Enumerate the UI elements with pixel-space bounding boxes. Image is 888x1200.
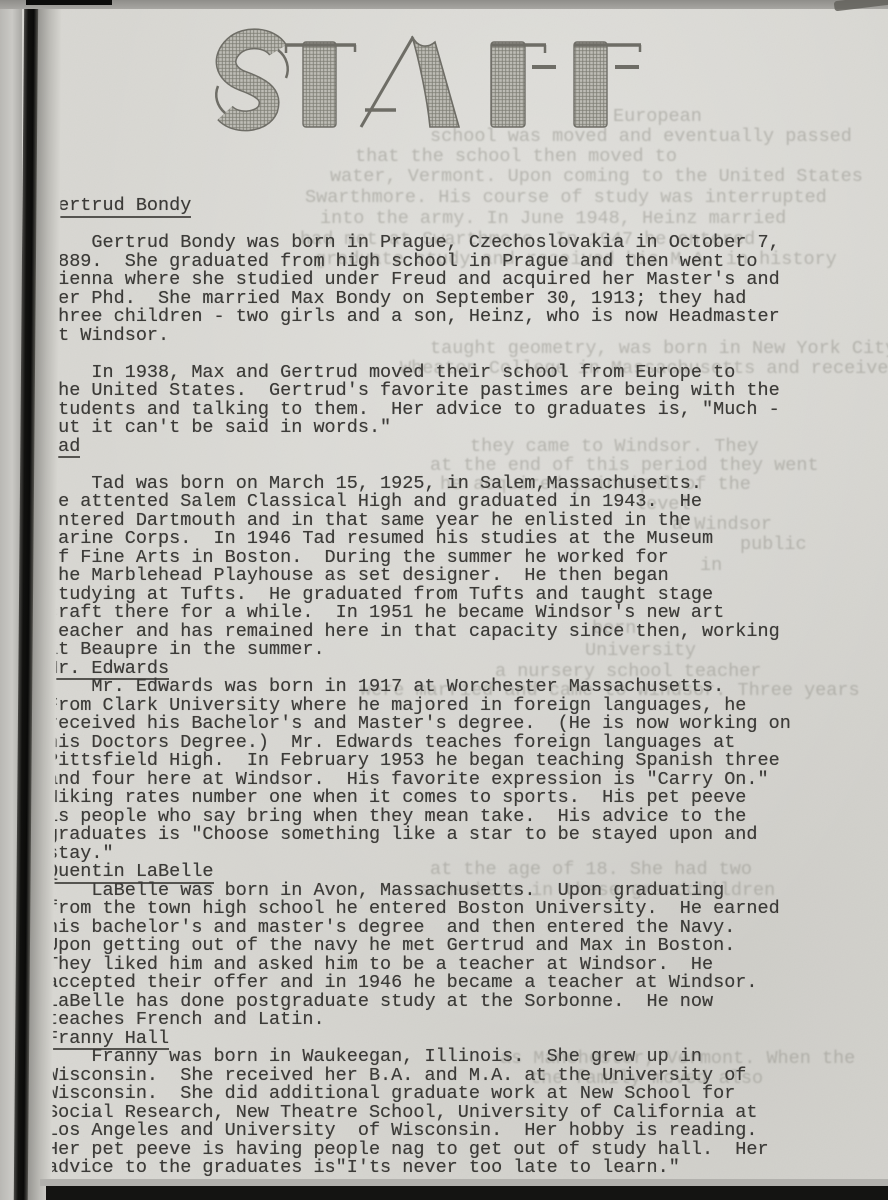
- heading-text: Gertrud Bondy: [47, 197, 191, 218]
- letter-f1: [491, 42, 556, 127]
- section-heading: Quentin LaBelle: [47, 863, 857, 882]
- scanned-yearbook-page: Europeanschool was moved and eventually …: [0, 0, 888, 1200]
- text-line: from the town high school he entered Bos…: [47, 900, 857, 919]
- letter-t: [285, 42, 356, 127]
- text-line: but it can't be said in words.": [47, 419, 857, 438]
- text-line: Wisconsin. She did additional graduate w…: [47, 1085, 857, 1104]
- section-heading: Tad: [47, 438, 857, 457]
- scan-top-edge: [0, 0, 888, 9]
- letter-s: [216, 39, 288, 121]
- text-line: the United States. Gertrud's favorite pa…: [47, 382, 857, 401]
- text-line: Upon getting out of the navy he met Gert…: [47, 937, 857, 956]
- text-line: Hiking rates number one when it comes to…: [47, 789, 857, 808]
- text-line: received his Bachelor's and Master's deg…: [47, 715, 857, 734]
- text-line: craft there for a while. In 1951 he beca…: [47, 604, 857, 623]
- text-line: at Beaupre in the summer.: [47, 641, 857, 660]
- text-line: advice to the graduates is"I'ts never to…: [47, 1159, 857, 1178]
- blank-line: [47, 345, 857, 364]
- text-line: graduates is "Choose something like a st…: [47, 826, 857, 845]
- text-line: Los Angeles and University of Wisconsin.…: [47, 1122, 857, 1141]
- typewritten-text: Gertrud Bondy Gertrud Bondy was born in …: [47, 197, 857, 1178]
- section-heading: Gertrud Bondy: [47, 197, 857, 216]
- text-line: Gertrud Bondy was born in Prague, Czecho…: [47, 234, 857, 253]
- text-line: the Marblehead Playhouse as set designer…: [47, 567, 857, 586]
- text-line: Mr. Edwards was born in 1917 at Worchest…: [47, 678, 857, 697]
- scan-top-dark-mark: [26, 0, 112, 5]
- staff-banner-art: [0, 0, 888, 160]
- text-line: Marine Corps. In 1946 Tad resumed his st…: [47, 530, 857, 549]
- text-line: at Windsor.: [47, 327, 857, 346]
- letter-a: [361, 36, 459, 127]
- text-line: Vienna where she studied under Freud and…: [47, 271, 857, 290]
- text-line: He attented Salem Classical High and gra…: [47, 493, 857, 512]
- text-line: accepted their offer and in 1946 he beca…: [47, 974, 857, 993]
- text-line: teaches French and Latin.: [47, 1011, 857, 1030]
- scan-bottom-edge: [46, 1186, 888, 1200]
- text-line: three children - two girls and a son, He…: [47, 308, 857, 327]
- text-line: Pittsfield High. In February 1953 he beg…: [47, 752, 857, 771]
- text-line: Franny was born in Waukeegan, Illinois. …: [47, 1048, 857, 1067]
- letter-f2: [574, 42, 641, 127]
- blank-line: [47, 456, 857, 475]
- scan-bottom-shade: [40, 1179, 888, 1186]
